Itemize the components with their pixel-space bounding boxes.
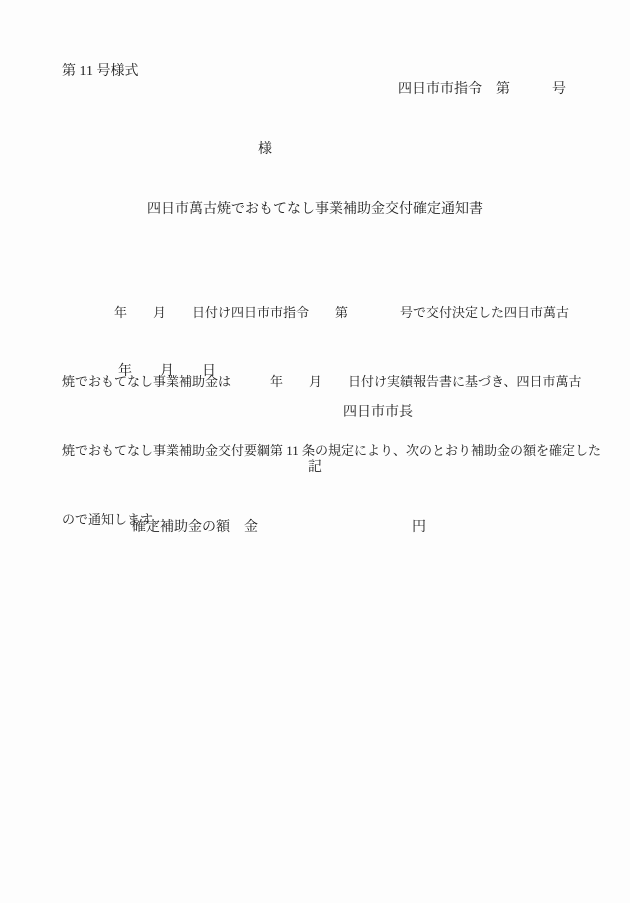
- directive-number-line: 四日市市指令 第 号: [398, 78, 566, 98]
- body-line-1: 年 月 日付け四日市市指令 第 号で交付決定した四日市萬古: [62, 301, 601, 324]
- document-page: 第 11 号様式 四日市市指令 第 号 様 四日市萬古焼でおもてなし事業補助金交…: [0, 0, 630, 903]
- record-marker: 記: [0, 456, 630, 476]
- sender-mayor-label: 四日市市長: [343, 401, 413, 421]
- confirmed-amount-line: 確定補助金の額 金 円: [62, 516, 426, 536]
- issue-date-line: 年 月 日: [62, 360, 216, 380]
- form-number-label: 第 11 号様式: [62, 60, 138, 80]
- recipient-honorific: 様: [258, 138, 272, 158]
- document-title: 四日市萬古焼でおもてなし事業補助金交付確定通知書: [0, 198, 630, 218]
